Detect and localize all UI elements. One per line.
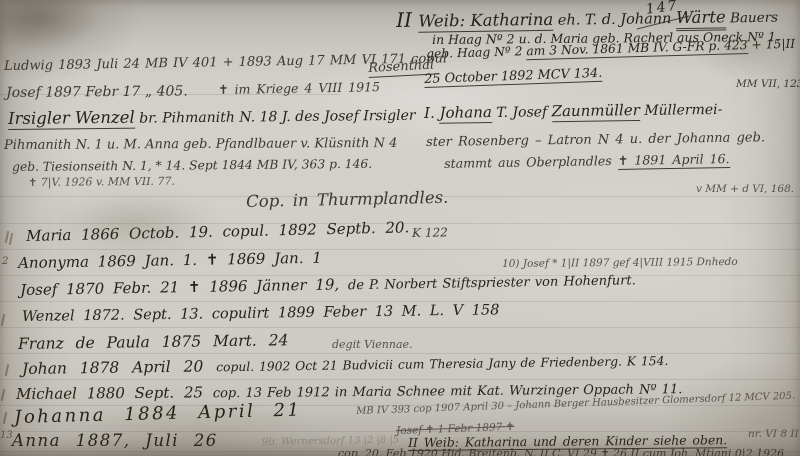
entry-josef-war-death-text: ✝ im Kriege 4 VIII 1915 <box>218 79 380 97</box>
family-row3-left: geb. Tiesionseith N. 1, * 14. Sept 1844 … <box>12 158 372 174</box>
child-row-josef: Josef 1870 Febr. 21 ✝ 1896 Jänner 19, de… <box>20 272 636 298</box>
wife1-father-surname: Zaunmüller <box>551 101 639 122</box>
family-row3-right: stammt aus Oberplandles ✝ 1891 April 16. <box>444 152 730 170</box>
child-franz-side-note: degit Viennae. <box>332 339 413 351</box>
child-row-franz: Franz de Paula 1875 Mart. 24 <box>18 332 288 352</box>
family-row2-left: Pihmanith N. 1 u. M. Anna geb. Pfandlbau… <box>4 137 397 153</box>
child-josef10-side-note-text: 10) Josef * 1|II 1897 gef 4|VIII 1915 Dn… <box>502 256 738 270</box>
wife1-father-mid: T. Josef <box>492 104 552 121</box>
wife1-register-ref: v MM + d VI, 168. <box>696 183 794 195</box>
margin-tick <box>9 233 13 245</box>
family-row2-left-text: Pihmanith N. 1 u. M. Anna geb. Pfandlbau… <box>4 136 397 153</box>
entry-josef-war-death: ✝ im Kriege 4 VIII 1915 <box>218 80 380 96</box>
child-maria-ref-text: K 122 <box>412 225 448 240</box>
child-row-johanna: Johanna 1884 April 21 <box>14 401 302 427</box>
husband-details: br. Pihmanith N. 18 J. des Josef Irsigle… <box>135 108 416 127</box>
wife1-origin: stammt aus Oberplandles <box>444 153 618 171</box>
paper-stain <box>0 436 800 456</box>
child-maria-ref: K 122 <box>412 226 448 239</box>
margin-number-2-text: 2 <box>2 256 8 267</box>
child-josef-text: Josef 1870 Febr. 21 ✝ 1896 Jänner 19, <box>20 275 348 299</box>
wife2-father-mid: eh. T. d. Johann <box>553 11 676 29</box>
husband-name: Irsigler Wenzel <box>8 108 135 130</box>
wife1-death: ✝ 1891 April 16. <box>618 151 730 170</box>
paper-stain <box>0 0 100 52</box>
wife2-numeral: II <box>396 8 419 32</box>
family-row3-left-text: geb. Tiesionseith N. 1, * 14. Sept 1844 … <box>12 157 372 174</box>
wife1-numeral: I. <box>424 104 440 122</box>
family-row2-right-text: ster Rosenberg – Latron N 4 u. der Johan… <box>426 130 765 150</box>
margin-tick <box>1 314 5 326</box>
child-johanna-text: Johanna 1884 April 21 <box>14 399 302 428</box>
child-josef-priest-note: de P. Norbert Stiftspriester von Hohenfu… <box>348 273 636 293</box>
child-johan-text: Johan 1878 April 20 <box>22 357 216 378</box>
child-franz-text: Franz de Paula 1875 Mart. 24 <box>18 331 289 353</box>
entry-ludwig-place-text: Rosenthal <box>368 58 435 76</box>
margin-tick <box>5 364 9 376</box>
wife1-father-occupation: Müllermei- <box>640 102 723 119</box>
family-row4-right: v MM + d VI, 168. <box>696 184 794 195</box>
entry-josef-top: Josef 1897 Febr 17 „ 405. <box>6 84 188 100</box>
child-franz-side-note-text: degit Viennae. <box>332 338 413 351</box>
child-josef10-side-note: 10) Josef * 1|II 1897 gef 4|VIII 1915 Dn… <box>502 257 738 270</box>
child-row-anonyma: Anonyma 1869 Jan. 1. ✝ 1869 Jan. 1 <box>18 251 322 272</box>
margin-tick <box>1 389 5 401</box>
child-row-wenzel: Wenzel 1872. Sept. 13. copulirt 1899 Feb… <box>22 303 500 325</box>
family-row2-right: ster Rosenberg – Latron N 4 u. der Johan… <box>426 131 765 149</box>
paper-stain <box>690 20 800 80</box>
marriage-place-heading-text: Cop. in Thurmplandles. <box>246 188 449 211</box>
husband-death-note: ✝ 7|V. 1926 v. MM VII. 77. <box>28 175 175 189</box>
child-anonyma-text: Anonyma 1869 Jan. 1. ✝ 1869 Jan. 1 <box>18 249 322 272</box>
wife1-header: I. Johana T. Josef Zaunmüller Müllermei- <box>424 102 722 122</box>
child-michael-text: Michael 1880 Sept. 25 <box>16 383 213 403</box>
child-row-johan: Johan 1878 April 20 copul. 1902 Oct 21 B… <box>22 352 668 377</box>
margin-tick <box>3 412 7 424</box>
marriage-place-heading: Cop. in Thurmplandles. <box>246 189 448 211</box>
wife2-name: Weib: Katharina <box>418 10 553 33</box>
margin-number-2: 2 <box>2 257 8 268</box>
child-johan-marriage-note: copul. 1902 Oct 21 Budvicii cum Theresia… <box>216 354 668 374</box>
scanned-register-page: 147 II Weib: Katharina eh. T. d. Johann … <box>0 0 800 456</box>
child-wenzel-text: Wenzel 1872. Sept. 13. copulirt 1899 Feb… <box>22 302 500 325</box>
entry-josef-top-text: Josef 1897 Febr 17 „ 405. <box>6 83 188 101</box>
husband-header: Irsigler Wenzel br. Pihmanith N. 18 J. d… <box>8 106 416 128</box>
wife2-register-ref: MM VII, 123. <box>736 79 800 90</box>
family-row4-left: ✝ 7|V. 1926 v. MM VII. 77. <box>28 176 175 189</box>
wife1-name: Johana <box>439 103 492 124</box>
paper-stain <box>60 196 210 246</box>
wife2-marriage-text: 25 October 1892 MCV 134. <box>424 66 603 87</box>
wife2-marriage-line: 25 October 1892 MCV 134. <box>424 67 603 89</box>
